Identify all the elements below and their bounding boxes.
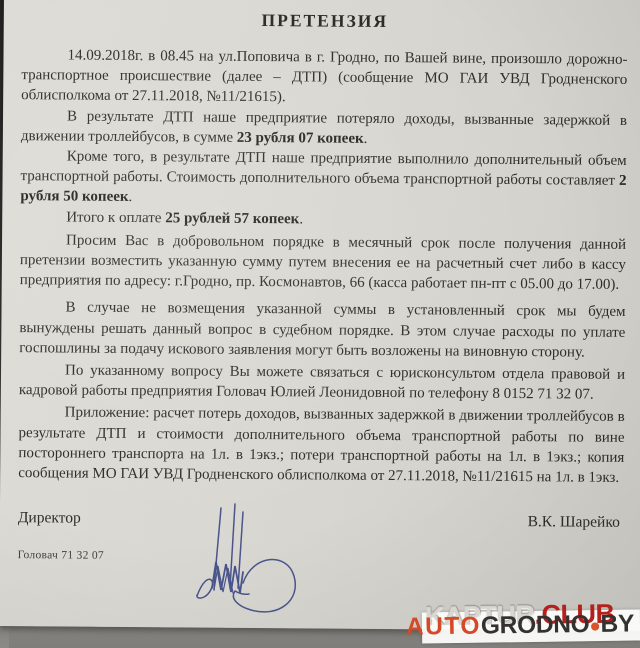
signature-name: В.К. Шарейко xyxy=(528,513,620,532)
paragraph-total-end: . xyxy=(299,211,303,227)
paragraph-extra-work-end: . xyxy=(128,189,132,205)
watermark-dot-icon: ● xyxy=(589,615,600,636)
footer-contact: Головач 71 32 07 xyxy=(18,549,624,566)
paragraph-extra-work: Кроме того, в результате ДТП наше предпр… xyxy=(20,146,626,211)
paragraph-extra-work-text: Кроме того, в результате ДТП наше предпр… xyxy=(21,149,627,190)
paragraph-incident: 14.09.2018г. в 08.45 на ул.Поповича в г.… xyxy=(21,45,627,110)
watermark: KAPTUR.CLUB AUTOGRODNO●BY xyxy=(404,592,640,648)
paragraph-payment-request: Просим Вас в добровольном порядке в меся… xyxy=(20,230,626,295)
paragraph-losses-end: . xyxy=(364,131,368,147)
watermark-autogrodno: AUTOGRODNO●BY xyxy=(406,612,634,642)
paragraph-attachments: Приложение: расчет потерь доходов, вызва… xyxy=(18,403,625,489)
amount-losses: 23 рубля 07 копеек xyxy=(237,130,364,147)
paragraph-total: Итого к оплате 25 рублей 57 копеек. xyxy=(20,207,626,232)
paragraph-losses: В результате ДТП наше предприятие потеря… xyxy=(21,106,627,151)
watermark-by-text: BY xyxy=(600,610,634,637)
paragraph-court-warning: В случае не возмещения указанной суммы в… xyxy=(19,298,625,363)
watermark-auto-text: AUTO xyxy=(406,612,481,640)
signature-row: Директор В.К. Шарейко xyxy=(18,509,624,532)
document-content: ПРЕТЕНЗИЯ 14.09.2018г. в 08.45 на ул.Поп… xyxy=(0,0,640,566)
signature-role: Директор xyxy=(18,509,81,527)
page-title: ПРЕТЕНЗИЯ xyxy=(22,8,628,34)
paragraph-contact: По указанному вопросу Вы можете связатьс… xyxy=(19,360,625,405)
watermark-grodno-text: GRODNO xyxy=(481,611,590,640)
photo-frame: ПРЕТЕНЗИЯ 14.09.2018г. в 08.45 на ул.Поп… xyxy=(0,0,640,648)
paragraph-total-text: Итого к оплате xyxy=(66,209,165,226)
document-page: ПРЕТЕНЗИЯ 14.09.2018г. в 08.45 на ул.Поп… xyxy=(0,0,640,631)
amount-total: 25 рублей 57 копеек xyxy=(165,210,299,227)
signature-scribble-icon xyxy=(185,498,315,626)
